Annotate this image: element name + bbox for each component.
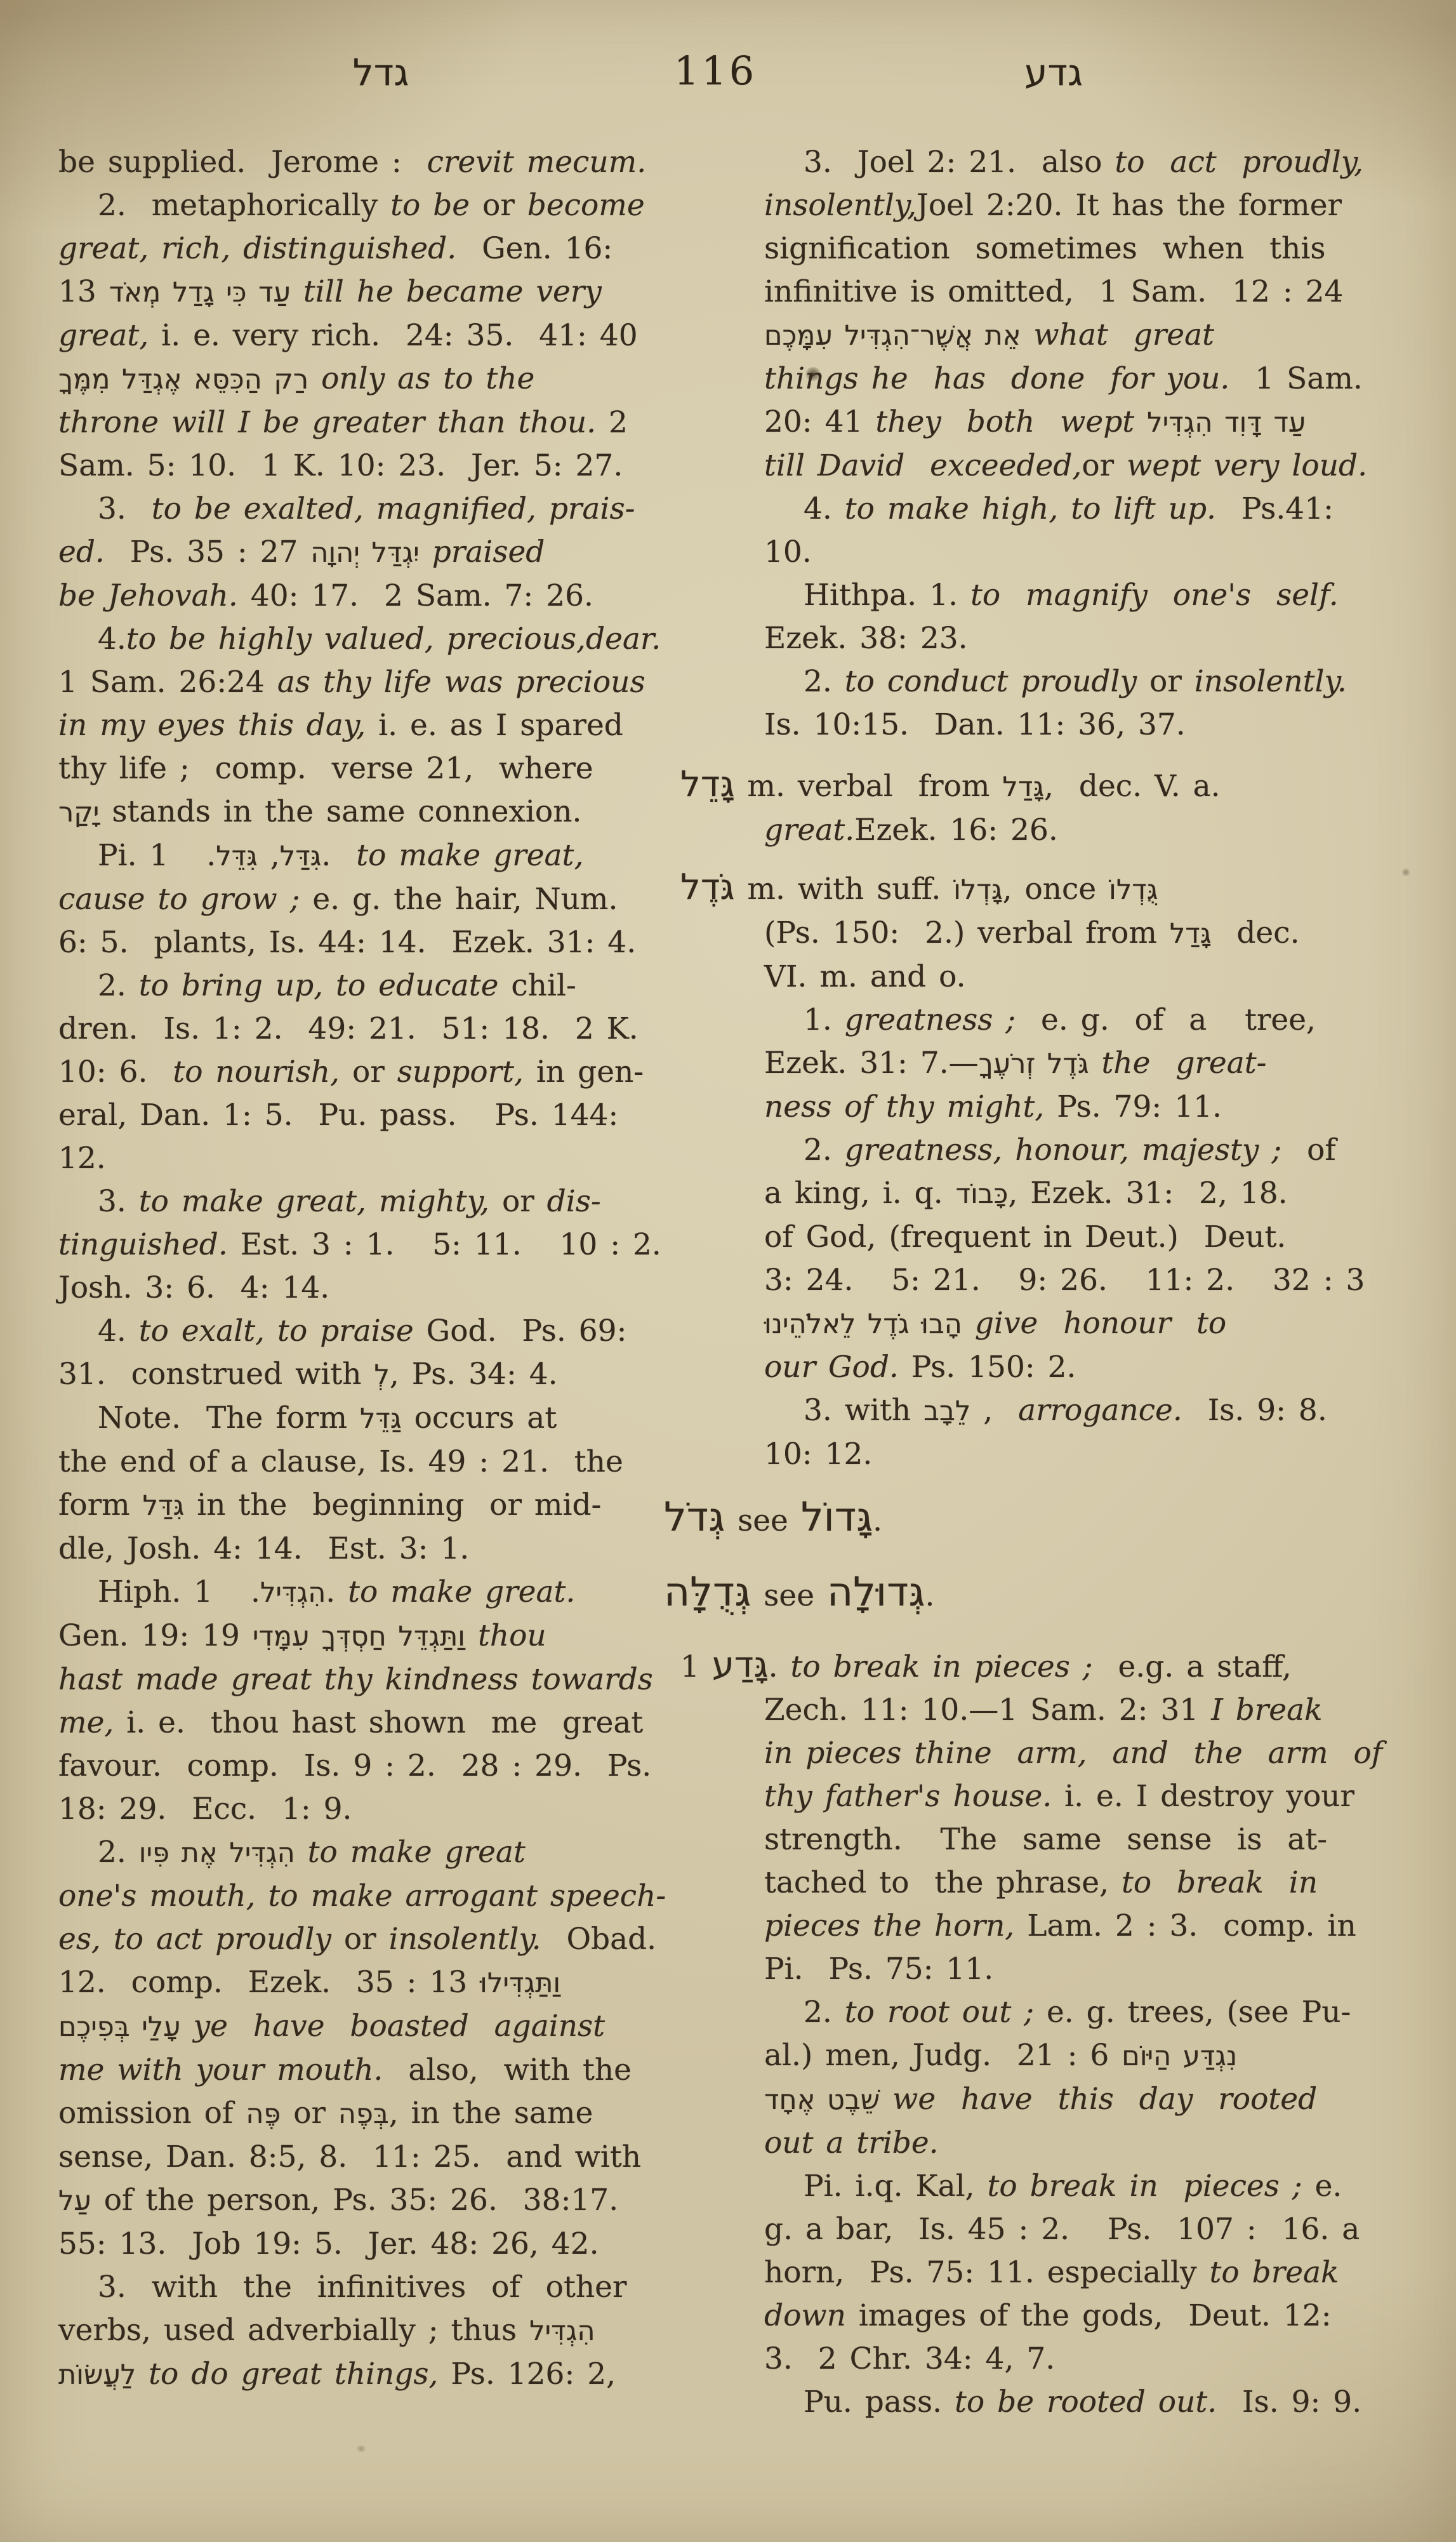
body-text: Ps. 35 : 27 bbox=[105, 535, 311, 569]
body-text: g. a bar, Is. 45 : 2. Ps. 107 : 16. a bbox=[764, 2212, 1360, 2247]
right-column: 3. Joel 2: 21. also to act proudly,insol… bbox=[764, 141, 1443, 2424]
body-text: 3. 2 Chr. 34: 4, 7. bbox=[764, 2341, 1055, 2376]
text-line: thy life ; comp. verse 21, where bbox=[58, 747, 712, 790]
text-line: es, to act proudly or insolently. Obad. bbox=[58, 1918, 712, 1961]
body-text: Gen. 16: bbox=[456, 231, 612, 266]
hebrew-text: עַד דָּוִד הִגְדִּיל bbox=[1147, 407, 1306, 439]
body-text: or bbox=[340, 1055, 397, 1089]
body-text: thy life ; comp. verse 21, where bbox=[58, 751, 593, 786]
hebrew-text: גִּדֵּל bbox=[216, 841, 258, 872]
body-text: Ps. 150: 2. bbox=[899, 1350, 1076, 1385]
body-text: dren. Is. 1: 2. 49: 21. 51: 18. 2 K. bbox=[58, 1011, 639, 1046]
body-text: . bbox=[873, 1503, 882, 1538]
body-text: (Ps. 150: 2.) verbal from bbox=[764, 915, 1170, 950]
text-line: Note. The form גַּדֵּל occurs at bbox=[58, 1397, 712, 1441]
body-text: 1. bbox=[804, 1002, 845, 1037]
body-text: m. verbal from bbox=[734, 769, 1002, 804]
body-text: 12. bbox=[58, 1141, 106, 1176]
text-line: tached to the phrase, to break in bbox=[764, 1861, 1443, 1905]
body-text: 3. bbox=[98, 1184, 139, 1219]
gloss-italic-text: es, to act proudly bbox=[58, 1922, 331, 1957]
body-text: 4. bbox=[804, 491, 845, 526]
body-text: Hiph. bbox=[98, 1574, 194, 1609]
entry-headword-line: גְּדֹל see גָּדוֹל. bbox=[664, 1485, 1443, 1554]
body-text: also, with the bbox=[383, 2053, 632, 2087]
text-line: 2. to root out ; e. g. trees, (see Pu- bbox=[764, 1991, 1443, 2034]
text-line: horn, Ps. 75: 11. especially to break bbox=[764, 2251, 1443, 2294]
gloss-italic-text: I break bbox=[1211, 1693, 1322, 1727]
text-line: in pieces thine arm, and the arm of bbox=[764, 1732, 1443, 1775]
hebrew-text: גַּדֵּל bbox=[360, 1403, 402, 1435]
body-text: Pu. pass. bbox=[804, 2385, 955, 2419]
gloss-italic-text: to conduct proudly bbox=[845, 664, 1137, 699]
body-text: e. bbox=[1302, 2169, 1342, 2204]
text-line: Sam. 5: 10. 1 K. 10: 23. Jer. 5: 27. bbox=[58, 444, 712, 488]
gloss-italic-text: to make great, mighty, bbox=[139, 1184, 489, 1219]
gloss-italic-text: ye have boasted against bbox=[181, 2009, 605, 2044]
body-text: of bbox=[1281, 1133, 1336, 1168]
gloss-italic-text: to break in bbox=[1122, 1865, 1318, 1900]
hebrew-text: נִגְדַּע הַיּוֹם bbox=[1122, 2040, 1237, 2072]
running-head-left-hebrew: גדל bbox=[353, 41, 409, 104]
hebrew-text: לַעֲשׂוֹת bbox=[58, 2359, 136, 2391]
gloss-italic-text: in pieces thine arm, and the arm of bbox=[764, 1736, 1382, 1771]
text-line: be supplied. Jerome : crevit mecum. bbox=[58, 141, 712, 184]
body-text: , bbox=[970, 1393, 1018, 1428]
gloss-italic-text: to be bbox=[390, 188, 470, 223]
body-text: 2. bbox=[98, 968, 139, 1003]
gloss-italic-text: as thy life was precious bbox=[277, 665, 645, 700]
text-line: Is. 10:15. Dan. 11: 36, 37. bbox=[764, 703, 1443, 747]
body-text: 2. bbox=[804, 1995, 845, 2030]
text-line: thy father's house. i. e. I destroy your bbox=[764, 1775, 1443, 1818]
hebrew-text: הִגְדִּיל bbox=[529, 2315, 595, 2347]
gloss-italic-text: throne will I be greater than thou. bbox=[58, 405, 596, 440]
gloss-italic-text: what great bbox=[1021, 317, 1215, 352]
gloss-italic-text: thy father's house. bbox=[764, 1779, 1052, 1814]
text-line: in my eyes this day, i. e. as I spared bbox=[58, 704, 712, 747]
body-text: 3. with bbox=[804, 1393, 923, 1428]
text-line: form גִּדַּל in the beginning or mid- bbox=[58, 1484, 712, 1527]
body-text: Sam. 5: 10. 1 K. 10: 23. Jer. 5: 27. bbox=[58, 448, 623, 483]
text-line: 18: 29. Ecc. 1: 9. bbox=[58, 1788, 712, 1831]
text-line: 3. with לֵבָב , arrogance. Is. 9: 8. bbox=[764, 1389, 1443, 1433]
text-line: strength. The same sense is at- bbox=[764, 1818, 1443, 1861]
body-text: 2. bbox=[804, 1133, 845, 1168]
body-text: or bbox=[1137, 664, 1195, 699]
text-line: עָלַי בְּפִיכֶם ye have boasted against bbox=[58, 2005, 712, 2049]
body-text: Joel 2:20. It has the former bbox=[917, 188, 1342, 223]
hebrew-text: הָבוּ גֹדֶל לֵאלֹהֵינוּ bbox=[764, 1308, 962, 1340]
text-line: 2. to conduct proudly or insolently. bbox=[764, 660, 1443, 703]
body-text: infinitive is omitted, 1 Sam. 12 : 24 bbox=[764, 274, 1343, 309]
gloss-italic-text: to root out ; bbox=[845, 1995, 1034, 2030]
text-line: the end of a clause, Is. 49 : 21. the bbox=[58, 1441, 712, 1484]
gloss-italic-text: to be rooted out. bbox=[955, 2385, 1217, 2419]
text-line: great.Ezek. 16: 26. bbox=[764, 809, 1443, 852]
hebrew-text: גָּדְלוֹ bbox=[953, 874, 1002, 906]
text-line: 10: 12. bbox=[764, 1433, 1443, 1476]
body-text: or bbox=[281, 2096, 338, 2131]
text-line: 31. construed with לְ, Ps. 34: 4. bbox=[58, 1353, 712, 1397]
gloss-italic-text: out a tribe. bbox=[764, 2126, 939, 2160]
body-text: 12. comp. Ezek. 35 : 13 bbox=[58, 1965, 480, 2000]
text-line: tinguished. Est. 3 : 1. 5: 11. 10 : 2. bbox=[58, 1223, 712, 1267]
text-line: hast made great thy kindness towards bbox=[58, 1658, 712, 1701]
hebrew-text: גָּדֵל bbox=[680, 764, 734, 805]
gloss-italic-text: support, bbox=[397, 1055, 524, 1089]
hebrew-text: רַק הַכִּסֵּא אֶגְדַּל מִמֶּךָ bbox=[58, 364, 308, 396]
gloss-italic-text: our God. bbox=[764, 1350, 899, 1385]
body-text: Ezek. 31: 7.— bbox=[764, 1046, 979, 1081]
body-text: be supplied. Jerome : bbox=[58, 145, 427, 180]
text-line: עַל of the person, Ps. 35: 26. 38:17. bbox=[58, 2179, 712, 2223]
gloss-italic-text: in my eyes this day, bbox=[58, 708, 366, 743]
gloss-italic-text: thou bbox=[465, 1618, 546, 1653]
text-line: omission of פֶּה or בְּפֶה, in the same bbox=[58, 2092, 712, 2136]
gloss-italic-text: great, bbox=[58, 318, 149, 353]
body-text: a king, i. q. bbox=[764, 1176, 956, 1211]
text-line: cause to grow ; e. g. the hair, Num. bbox=[58, 878, 712, 921]
text-line: 3. to make great, mighty, or dis- bbox=[58, 1180, 712, 1223]
body-text: Lam. 2 : 3. comp. in bbox=[1014, 1908, 1356, 1943]
hebrew-text: לְ bbox=[374, 1359, 389, 1391]
gloss-italic-text: to do great things, bbox=[136, 2357, 438, 2392]
gloss-italic-text: to make great bbox=[295, 1835, 526, 1870]
text-line: 2. הִגְדִּיל אֶת פִּיו to make great bbox=[58, 1831, 712, 1875]
text-line: sense, Dan. 8:5, 8. 11: 25. and with bbox=[58, 2136, 712, 2179]
text-line: (Ps. 150: 2.) verbal from גָּדַל dec. bbox=[764, 912, 1443, 955]
text-line: one's mouth, to make arrogant speech- bbox=[58, 1875, 712, 1918]
text-line: 1 Sam. 26:24 as thy life was precious bbox=[58, 661, 712, 704]
body-text: , bbox=[258, 838, 280, 873]
gloss-italic-text: to be highly valued, precious,dear. bbox=[126, 622, 661, 656]
entry-headword-line: גֹּדֶל m. with suff. גָּדְלוֹ, once גֻּד… bbox=[680, 866, 1443, 912]
body-text: e. g. the hair, Num. bbox=[300, 882, 618, 917]
body-text: Pi. Ps. 75: 11. bbox=[764, 1952, 993, 1986]
body-text: . bbox=[925, 1578, 934, 1613]
text-line: our God. Ps. 150: 2. bbox=[764, 1346, 1443, 1389]
body-text: 3. Joel 2: 21. also bbox=[804, 145, 1115, 180]
body-text: or bbox=[1082, 448, 1127, 483]
body-text: God. Ps. 69: bbox=[414, 1314, 627, 1348]
gloss-italic-text: to bring up, to educate bbox=[139, 968, 499, 1003]
body-text: 2. metaphorically bbox=[98, 188, 390, 223]
page-number: 116 bbox=[674, 39, 757, 103]
text-line: 55: 13. Job 19: 5. Jer. 48: 26, 42. bbox=[58, 2223, 712, 2266]
text-line: Hiph. הִגְדִּיל. 1. to make great. bbox=[58, 1571, 712, 1614]
gloss-italic-text: become bbox=[527, 188, 645, 223]
body-text: 3. bbox=[98, 491, 152, 526]
text-line: 6: 5. plants, Is. 44: 14. Ezek. 31: 4. bbox=[58, 921, 712, 964]
gloss-italic-text: me with your mouth. bbox=[58, 2053, 383, 2087]
body-text: the end of a clause, Is. 49 : 21. the bbox=[58, 1444, 623, 1479]
hebrew-text: אֵת אֲשֶׁר־הִגְדִּיל עִמָּכֶם bbox=[764, 320, 1021, 352]
hebrew-text: גְּדוּלָה bbox=[827, 1569, 925, 1615]
body-text: 3: 24. 5: 21. 9: 26. 11: 2. 32 : 3 bbox=[764, 1263, 1365, 1298]
gloss-italic-text: cause to grow ; bbox=[58, 882, 300, 917]
hebrew-text: הִגְדִּיל bbox=[260, 1577, 326, 1609]
gloss-italic-text: to break in pieces ; bbox=[790, 1649, 1092, 1684]
gloss-italic-text: be Jehovah. bbox=[58, 578, 238, 613]
entry-headword-line: גָּדַע 1. to break in pieces ; e.g. a st… bbox=[680, 1644, 1443, 1689]
text-line: הָבוּ גֹדֶל לֵאלֹהֵינוּ give honour to bbox=[764, 1302, 1443, 1346]
body-text: Ps. 79: 11. bbox=[1044, 1089, 1222, 1124]
hebrew-text: יִגְדַּל יְהוָה bbox=[310, 537, 419, 569]
body-text: dec. bbox=[1211, 915, 1299, 950]
body-text: see bbox=[751, 1578, 827, 1613]
gloss-italic-text: great, rich, distinguished. bbox=[58, 231, 456, 266]
gloss-italic-text: the great- bbox=[1089, 1046, 1267, 1081]
text-line: eral, Dan. 1: 5. Pu. pass. Ps. 144: bbox=[58, 1094, 712, 1137]
gloss-italic-text: they both wept bbox=[875, 404, 1147, 439]
gloss-italic-text: only as to the bbox=[308, 361, 534, 396]
text-line: Pi. גִּדַּל, גִּדֵּל. 1. to make great, bbox=[58, 834, 712, 878]
body-text: 4. bbox=[98, 1314, 139, 1348]
hebrew-text: הִגְדִּיל אֶת פִּיו bbox=[139, 1837, 295, 1869]
body-text: e. g. of a tree, bbox=[1016, 1002, 1316, 1037]
body-text: Hithpa. 1. bbox=[804, 578, 970, 613]
hebrew-text: עַד כִּי גָדַל מְאֹד bbox=[109, 277, 291, 309]
hebrew-text: גָּדַל bbox=[1170, 918, 1212, 950]
text-line: 3: 24. 5: 21. 9: 26. 11: 2. 32 : 3 bbox=[764, 1259, 1443, 1302]
gloss-italic-text: down bbox=[764, 2298, 846, 2333]
text-line: אֵת אֲשֶׁר־הִגְדִּיל עִמָּכֶם what great bbox=[764, 314, 1443, 357]
body-text: or bbox=[331, 1922, 389, 1957]
text-line: favour. comp. Is. 9 : 2. 28 : 29. Ps. bbox=[58, 1745, 712, 1788]
text-line: 12. comp. Ezek. 35 : 13 וַתַּגְדִּילוּ bbox=[58, 1961, 712, 2005]
text-line: 2. metaphorically to be or become bbox=[58, 184, 712, 227]
gloss-italic-text: till David exceeded, bbox=[764, 448, 1082, 483]
gloss-italic-text: to make great, bbox=[356, 838, 583, 873]
gloss-italic-text: arrogance. bbox=[1018, 1393, 1182, 1428]
body-text: Josh. 3: 6. 4: 14. bbox=[58, 1270, 329, 1305]
hebrew-text: גְּדֻלָּה bbox=[664, 1569, 751, 1615]
text-line: Zech. 11: 10.—1 Sam. 2: 31 I break bbox=[764, 1689, 1443, 1732]
gloss-italic-text: praised bbox=[420, 535, 545, 569]
body-text: 1 Sam. 26:24 bbox=[58, 665, 277, 700]
text-line: VI. m. and o. bbox=[764, 955, 1443, 999]
text-line: Ezek. 31: 7.—גֹּדֶל זְרֹעֶךָ the great- bbox=[764, 1042, 1443, 1086]
gloss-italic-text: hast made great thy kindness towards bbox=[58, 1662, 653, 1697]
text-line: Pi. Ps. 75: 11. bbox=[764, 1948, 1443, 1991]
ink-speck bbox=[805, 367, 821, 381]
hebrew-text: שֵׁבֶט אֶחָד bbox=[764, 2084, 880, 2116]
gloss-italic-text: insolently. bbox=[389, 1922, 541, 1957]
text-line: 3. Joel 2: 21. also to act proudly, bbox=[764, 141, 1443, 184]
body-text: Ezek. 16: 26. bbox=[854, 813, 1058, 848]
hebrew-text: גֻּדְלוֹ bbox=[1109, 874, 1158, 906]
text-line: things he has done for you. 1 Sam. bbox=[764, 357, 1443, 401]
body-text: 2. bbox=[804, 664, 845, 699]
text-line: 20: 41 they both wept עַד דָּוִד הִגְדִּ… bbox=[764, 401, 1443, 444]
hebrew-text: גָּדַל bbox=[1002, 771, 1044, 803]
gloss-italic-text: ness of thy might, bbox=[764, 1089, 1044, 1124]
text-line: pieces the horn, Lam. 2 : 3. comp. in bbox=[764, 1905, 1443, 1948]
body-text: 1 Sam. bbox=[1229, 361, 1362, 396]
text-line: al.) men, Judg. 21 : 6 נִגְדַּע הַיּוֹם bbox=[764, 2034, 1443, 2078]
running-head-right-hebrew: גדע bbox=[1024, 41, 1083, 104]
body-text: i. e. as I spared bbox=[366, 708, 623, 743]
body-text: verbs, used adverbially ; thus bbox=[58, 2313, 529, 2348]
text-line: יָקַר stands in the same connexion. bbox=[58, 790, 712, 834]
hebrew-text: עָלַי בְּפִיכֶם bbox=[58, 2011, 181, 2043]
gloss-italic-text: to break in pieces ; bbox=[988, 2169, 1302, 2204]
gloss-italic-text: ed. bbox=[58, 535, 105, 569]
ink-speck bbox=[1401, 868, 1410, 876]
text-line: verbs, used adverbially ; thus הִגְדִּיל bbox=[58, 2309, 712, 2353]
body-text: form bbox=[58, 1487, 143, 1522]
body-text: e.g. a staff, bbox=[1093, 1649, 1292, 1684]
gloss-italic-text: pieces the horn, bbox=[764, 1908, 1014, 1943]
body-text: 31. construed with bbox=[58, 1357, 374, 1392]
body-text: Ezek. 38: 23. bbox=[764, 621, 968, 656]
gloss-italic-text: me, bbox=[58, 1705, 114, 1740]
text-line: 2. greatness, honour, majesty ; of bbox=[764, 1129, 1443, 1172]
body-text: signification sometimes when this bbox=[764, 231, 1325, 266]
text-line: 2. to bring up, to educate chil- bbox=[58, 964, 712, 1008]
body-text: al.) men, Judg. 21 : 6 bbox=[764, 2038, 1122, 2073]
text-line: ed. Ps. 35 : 27 יִגְדַּל יְהוָה praised bbox=[58, 531, 712, 575]
hebrew-text: כָּבוֹד bbox=[956, 1178, 1009, 1210]
body-text: Is. 9: 9. bbox=[1217, 2385, 1361, 2419]
hebrew-text: גֹּדֶל זְרֹעֶךָ bbox=[979, 1048, 1089, 1080]
body-text: 2. bbox=[98, 1835, 139, 1870]
body-text: e. g. trees, (see Pu- bbox=[1034, 1995, 1351, 2030]
gloss-italic-text: wept very loud. bbox=[1127, 448, 1367, 483]
body-text: stands in the same connexion. bbox=[99, 794, 581, 829]
gloss-italic-text: to nourish, bbox=[173, 1055, 340, 1089]
body-text: 6: 5. plants, Is. 44: 14. Ezek. 31: 4. bbox=[58, 925, 636, 960]
hebrew-text: גְּדֹל bbox=[664, 1494, 725, 1540]
text-line: till David exceeded,or wept very loud. bbox=[764, 444, 1443, 488]
body-text: 2 bbox=[596, 405, 628, 440]
entry-headword-line: גְּדֻלָּה see גְּדוּלָה. bbox=[664, 1560, 1443, 1628]
body-text: occurs at bbox=[402, 1401, 557, 1435]
hebrew-text: גֹּדֶל bbox=[680, 867, 734, 908]
gloss-italic-text: insolently, bbox=[764, 188, 917, 223]
hebrew-text: לֵבָב bbox=[923, 1395, 970, 1427]
gloss-italic-text: to be exalted, magnified, prais- bbox=[152, 491, 635, 526]
gloss-italic-text: great. bbox=[764, 813, 854, 848]
text-line: 12. bbox=[58, 1137, 712, 1180]
body-text: Ps.41: bbox=[1216, 491, 1334, 526]
body-text: strength. The same sense is at- bbox=[764, 1822, 1327, 1857]
body-text: Obad. bbox=[541, 1922, 657, 1957]
gloss-italic-text: insolently. bbox=[1195, 664, 1347, 699]
hebrew-text: בְּפֶה bbox=[338, 2098, 389, 2130]
text-line: 10. bbox=[764, 531, 1443, 574]
lexicon-page: גדל 116 גדע be supplied. Jerome : crevit… bbox=[0, 0, 1456, 2542]
body-text: omission of bbox=[58, 2096, 246, 2131]
hebrew-text: וַתַּגְדִּילוּ bbox=[480, 1967, 560, 1999]
hebrew-text: גָּדוֹל bbox=[801, 1494, 873, 1540]
body-text: 3. with the infinitives of other bbox=[98, 2270, 626, 2305]
hebrew-text: גָּדַע bbox=[712, 1644, 769, 1686]
body-text: horn, Ps. 75: 11. especially bbox=[764, 2255, 1210, 2290]
gloss-italic-text: to act proudly, bbox=[1115, 145, 1363, 180]
text-line: 1. greatness ; e. g. of a tree, bbox=[764, 999, 1443, 1042]
hebrew-text: עַל bbox=[58, 2185, 91, 2217]
body-text: sense, Dan. 8:5, 8. 11: 25. and with bbox=[58, 2139, 641, 2174]
body-text: , Ezek. 31: 2, 18. bbox=[1008, 1176, 1287, 1211]
body-text: Zech. 11: 10.—1 Sam. 2: 31 bbox=[764, 1693, 1211, 1727]
gloss-italic-text: we have this day rooted bbox=[880, 2082, 1317, 2117]
text-line: great, i. e. very rich. 24: 35. 41: 40 bbox=[58, 314, 712, 357]
gloss-italic-text: to break bbox=[1210, 2255, 1339, 2290]
text-line: dren. Is. 1: 2. 49: 21. 51: 18. 2 K. bbox=[58, 1008, 712, 1051]
text-line: 4. to exalt, to praise God. Ps. 69: bbox=[58, 1310, 712, 1353]
body-text: Ps. 126: 2, bbox=[438, 2357, 616, 2392]
body-text: Is. 9: 8. bbox=[1182, 1393, 1327, 1428]
body-text: 18: 29. Ecc. 1: 9. bbox=[58, 1792, 352, 1827]
body-text: of God, (frequent in Deut.) Deut. bbox=[764, 1220, 1286, 1254]
body-text: in gen- bbox=[524, 1055, 644, 1089]
body-text: of the person, Ps. 35: 26. 38:17. bbox=[91, 2183, 618, 2218]
text-line: רַק הַכִּסֵּא אֶגְדַּל מִמֶּךָ only as t… bbox=[58, 357, 712, 401]
body-text: 20: 41 bbox=[764, 404, 875, 439]
text-line: ness of thy might, Ps. 79: 11. bbox=[764, 1086, 1443, 1129]
gloss-italic-text: to exalt, to praise bbox=[139, 1314, 414, 1348]
gloss-italic-text: dis- bbox=[547, 1184, 601, 1219]
text-line: 4.to be highly valued, precious,dear. bbox=[58, 618, 712, 661]
text-line: be Jehovah. 40: 17. 2 Sam. 7: 26. bbox=[58, 575, 712, 618]
body-text: Note. The form bbox=[98, 1401, 360, 1435]
text-line: me, i. e. thou hast shown me great bbox=[58, 1701, 712, 1745]
body-text: see bbox=[725, 1503, 801, 1538]
text-line: of God, (frequent in Deut.) Deut. bbox=[764, 1216, 1443, 1259]
gloss-italic-text: crevit mecum. bbox=[427, 145, 647, 180]
text-line: down images of the gods, Deut. 12: bbox=[764, 2294, 1443, 2338]
body-text: , Ps. 34: 4. bbox=[390, 1357, 558, 1392]
text-line: insolently,Joel 2:20. It has the former bbox=[764, 184, 1443, 227]
body-text: i. e. I destroy your bbox=[1052, 1779, 1354, 1814]
gloss-italic-text: things he has done for you. bbox=[764, 361, 1229, 396]
body-text: 55: 13. Job 19: 5. Jer. 48: 26, 42. bbox=[58, 2226, 599, 2261]
entry-headword-line: גָּדֵל m. verbal from גָּדַל, dec. V. a. bbox=[680, 763, 1443, 809]
body-text: favour. comp. Is. 9 : 2. 28 : 29. Ps. bbox=[58, 1748, 651, 1783]
body-text: i. e. thou hast shown me great bbox=[114, 1705, 643, 1740]
body-text: Pi. bbox=[98, 838, 150, 873]
body-text: i. e. very rich. 24: 35. 41: 40 bbox=[149, 318, 637, 353]
gloss-italic-text: greatness, honour, majesty ; bbox=[845, 1133, 1281, 1168]
body-text: Pi. i.q. Kal, bbox=[804, 2169, 988, 2204]
ink-speck bbox=[355, 2446, 367, 2452]
body-text: VI. m. and o. bbox=[764, 959, 966, 994]
text-line: Pu. pass. to be rooted out. Is. 9: 9. bbox=[764, 2381, 1443, 2424]
text-line: out a tribe. bbox=[764, 2122, 1443, 2165]
hebrew-text: גִּדַּל bbox=[143, 1490, 185, 1522]
body-text: chil- bbox=[498, 968, 576, 1003]
body-text: Est. 3 : 1. 5: 11. 10 : 2. bbox=[228, 1227, 661, 1262]
text-line: 3. 2 Chr. 34: 4, 7. bbox=[764, 2338, 1443, 2381]
text-line: dle, Josh. 4: 14. Est. 3: 1. bbox=[58, 1527, 712, 1571]
body-text: dle, Josh. 4: 14. Est. 3: 1. bbox=[58, 1531, 469, 1566]
gloss-italic-text: one's mouth, to make arrogant speech- bbox=[58, 1879, 666, 1913]
text-line: me with your mouth. also, with the bbox=[58, 2049, 712, 2092]
hebrew-text: גִּדַּל bbox=[280, 841, 322, 872]
body-text: m. with suff. bbox=[734, 872, 953, 907]
hebrew-text: פֶּה bbox=[246, 2098, 281, 2130]
gloss-italic-text: to make high, to lift up. bbox=[845, 491, 1216, 526]
body-text: 40: 17. 2 Sam. 7: 26. bbox=[238, 578, 593, 613]
text-line: infinitive is omitted, 1 Sam. 12 : 24 bbox=[764, 270, 1443, 314]
body-text: , dec. V. a. bbox=[1044, 769, 1221, 804]
text-line: Josh. 3: 6. 4: 14. bbox=[58, 1267, 712, 1310]
text-line: 3. with the infinitives of other bbox=[58, 2266, 712, 2309]
body-text: or bbox=[489, 1184, 547, 1219]
body-text: or bbox=[470, 188, 527, 223]
